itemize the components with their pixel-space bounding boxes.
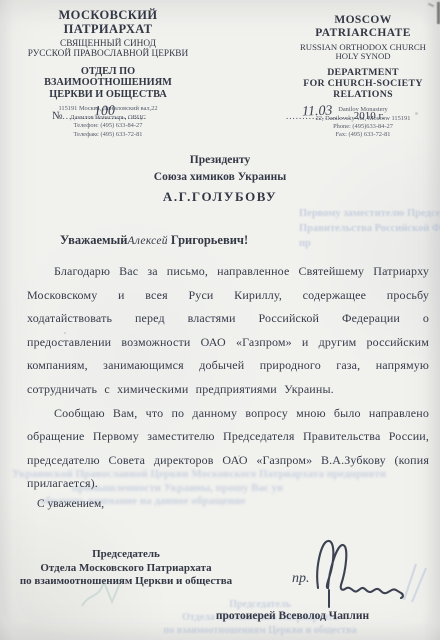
date-year-printed: 2010 г. [354, 110, 385, 122]
letter-body: Благодарю Вас за письмо, направленное Св… [27, 260, 429, 496]
address-line: Телефон: (495) 633-84-27 [22, 122, 194, 130]
bleedthrough-line: по взаимоотношениям Церкви и общества [150, 624, 370, 637]
scan-edge-artifact [428, 3, 434, 7]
bleedthrough-line: Правительства Российской Фед [299, 221, 440, 236]
signer-title-line: Отдела Московского Патриархата [4, 562, 248, 576]
signer-title-line: по взаимоотношениям Церкви и общества [4, 575, 248, 589]
reference-number-label: № [52, 110, 63, 122]
reference-number-line: №.......................... 100 [52, 110, 147, 122]
signature-initials-glyph: пр. [292, 571, 310, 586]
address-line: Fax: (495) 633-72-81 [288, 131, 438, 139]
salutation-suffix: Григорьевич! [168, 233, 248, 247]
date-line: .................... 2010 г. 11.03 [286, 110, 385, 122]
dept-title-ru: ОТДЕЛ ПО ВЗАИМООТНОШЕНИЯМ [22, 66, 194, 89]
reference-number-handwritten: 100 [94, 104, 116, 121]
addressee-name: А.Г.ГОЛУБОВУ [110, 187, 330, 207]
addressee-title: Президенту [110, 152, 330, 169]
body-paragraph-1: Благодарю Вас за письмо, направленное Св… [27, 260, 429, 402]
salutation-name-handwritten: Алексей [128, 235, 168, 247]
signer-name: протоиерей Всеволод Чаплин [200, 610, 385, 622]
closing-phrase: С уважением, [37, 498, 104, 510]
org-subtitle2-en: HOLY SYNOD [288, 52, 438, 62]
org-subtitle-ru: СВЯЩЕННЫЙ СИНОД [22, 39, 194, 49]
signer-title-block: Председатель Отдела Московского Патриарх… [4, 548, 248, 589]
org-title-en: MOSCOW PATRIARCHATE [288, 14, 438, 40]
body-paragraph-2: Сообщаю Вам, что по данному вопросу мною… [27, 402, 429, 496]
addressee-organization: Союза химиков Украины [110, 169, 330, 186]
bleedthrough-text-right: Первому заместителю Председат Правительс… [299, 206, 440, 251]
signer-title-line: Председатель [4, 548, 248, 562]
salutation-prefix: Уважаемый [60, 233, 128, 247]
org-title-ru: МОСКОВСКИЙ ПАТРИАРХАТ [22, 8, 194, 36]
handwritten-signature: пр. [288, 536, 418, 608]
date-handwritten: 11.03 [302, 103, 333, 120]
org-subtitle2-ru: РУССКОЙ ПРАВОСЛАВНОЙ ЦЕРКВИ [22, 49, 194, 59]
address-line: Phone: (495)633-84-27 [288, 123, 438, 131]
dotted-leader: ...... [63, 111, 83, 121]
scanned-letter-page: Первому заместителю Председат Правительс… [0, 0, 440, 640]
addressee-block: Президенту Союза химиков Украины А.Г.ГОЛ… [110, 152, 330, 206]
address-line: Телефакс (495) 633-72-81 [22, 131, 194, 139]
dept-title2-en: FOR CHURCH-SOCIETY RELATIONS [288, 79, 438, 101]
dept-title2-ru: ЦЕРКВИ И ОБЩЕСТВА [22, 89, 194, 101]
salutation: УважаемыйАлексей Григорьевич! [60, 233, 248, 248]
bleedthrough-line: пр [299, 236, 440, 251]
bleedthrough-line: Первому заместителю Председат [299, 206, 440, 221]
